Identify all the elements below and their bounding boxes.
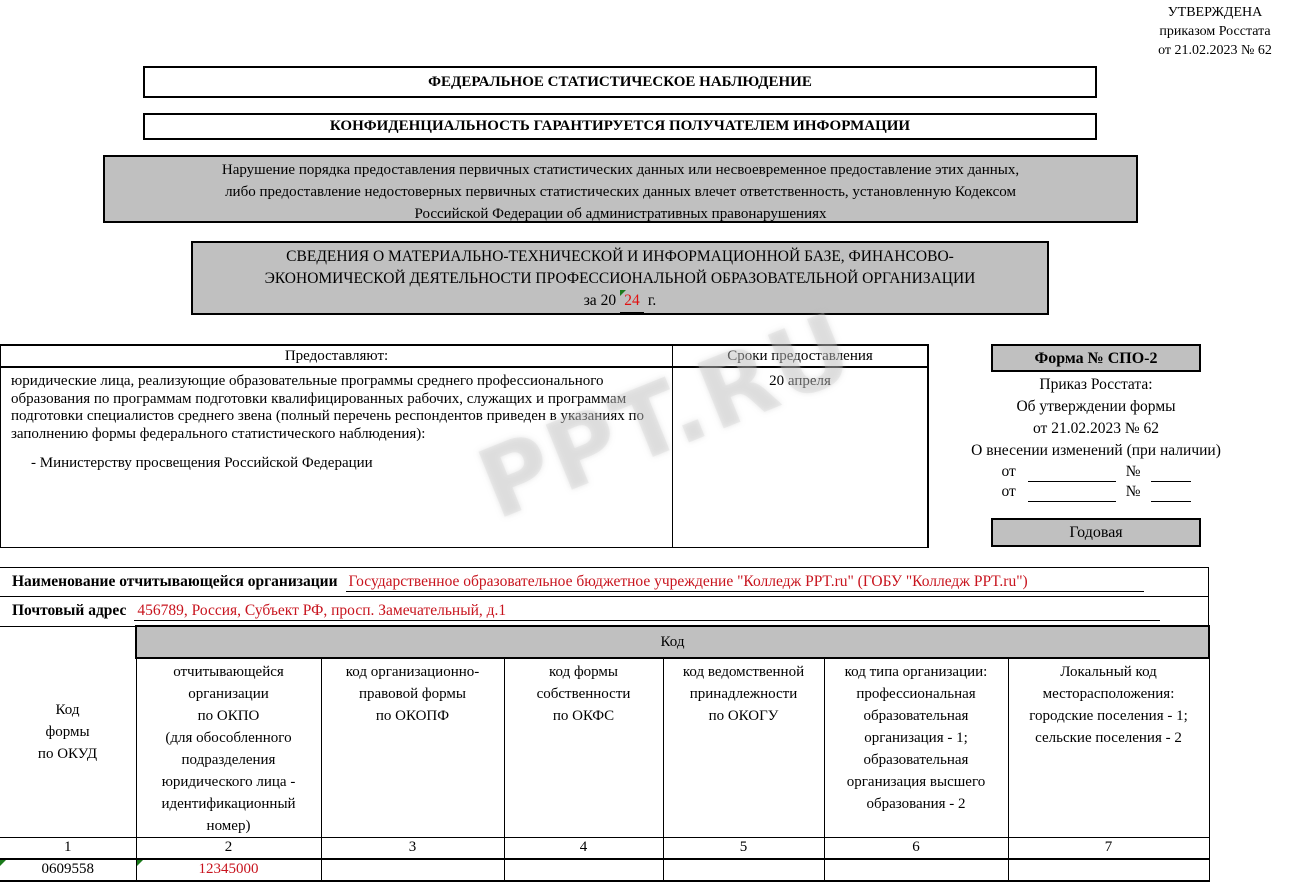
column-number: 6 — [824, 838, 1008, 859]
confidentiality-banner: КОНФИДЕНЦИАЛЬНОСТЬ ГАРАНТИРУЕТСЯ ПОЛУЧАТ… — [143, 113, 1097, 140]
periodicity-box: Годовая — [991, 518, 1201, 547]
deadline-value: 20 апреля — [673, 367, 929, 548]
order-line-2: Об утверждении формы — [960, 396, 1232, 418]
order-line-1: Приказ Росстата: — [960, 374, 1232, 396]
form-title-box: СВЕДЕНИЯ О МАТЕРИАЛЬНО-ТЕХНИЧЕСКОЙ И ИНФ… — [191, 241, 1049, 315]
providers-description: юридические лица, реализующие образовате… — [11, 373, 662, 443]
organization-name-label: Наименование отчитывающейся организации — [12, 573, 338, 591]
legal-warning-box: Нарушение порядка предоставления первичн… — [103, 155, 1138, 223]
code-value-cell[interactable] — [504, 859, 663, 881]
change-number-field[interactable] — [1151, 466, 1191, 482]
cell-marker-icon — [0, 860, 6, 866]
change-number-label: № — [1126, 482, 1141, 502]
postal-address-field[interactable]: 456789, Россия, Субъект РФ, просп. Замеч… — [134, 602, 1160, 621]
change-row-1: от № — [960, 462, 1232, 482]
code-table: Код формы по ОКУД Код отчитывающейся орг… — [0, 625, 1210, 882]
title-line-2: ЭКОНОМИЧЕСКОЙ ДЕЯТЕЛЬНОСТИ ПРОФЕССИОНАЛЬ… — [193, 268, 1047, 290]
organization-block: Наименование отчитывающейся организации … — [0, 567, 1209, 625]
postal-address-row: Почтовый адрес 456789, Россия, Субъект Р… — [0, 596, 1209, 625]
form-number: Форма № СПО-2 — [1034, 350, 1157, 367]
order-info: Приказ Росстата: Об утверждении формы от… — [960, 374, 1232, 502]
code-value-cell[interactable] — [1008, 859, 1209, 881]
column-number: 1 — [0, 838, 136, 859]
code-column-header: Локальный код месторасположения: городск… — [1008, 658, 1209, 838]
approval-line-1: УТВЕРЖДЕНА — [1140, 3, 1289, 22]
postal-address-label: Почтовый адрес — [12, 602, 126, 620]
order-line-3: от 21.02.2023 № 62 — [960, 418, 1232, 440]
providers-cell: юридические лица, реализующие образовате… — [1, 367, 673, 548]
approval-stamp: УТВЕРЖДЕНА приказом Росстата от 21.02.20… — [1140, 3, 1289, 60]
approval-line-3: от 21.02.2023 № 62 — [1140, 41, 1289, 60]
code-value: 12345000 — [199, 861, 259, 877]
code-value: 0609558 — [42, 861, 95, 877]
warning-line-3: Российской Федерации об административных… — [105, 203, 1136, 225]
providers-table: Предоставляют: Сроки предоставления юрид… — [0, 344, 929, 548]
deadline-header: Сроки предоставления — [673, 345, 929, 367]
periodicity-label: Годовая — [1069, 524, 1122, 541]
change-from-label: от — [1001, 482, 1015, 502]
column-number: 4 — [504, 838, 663, 859]
change-date-field[interactable] — [1028, 486, 1116, 502]
change-number-label: № — [1126, 462, 1141, 482]
change-date-field[interactable] — [1028, 466, 1116, 482]
federal-observation-text: ФЕДЕРАЛЬНОЕ СТАТИСТИЧЕСКОЕ НАБЛЮДЕНИЕ — [428, 74, 812, 91]
code-value-cell[interactable] — [824, 859, 1008, 881]
code-column-header: код ведомственной принадлежности по ОКОГ… — [663, 658, 824, 838]
column-number: 5 — [663, 838, 824, 859]
year-suffix: г. — [648, 292, 656, 309]
change-row-2: от № — [960, 482, 1232, 502]
change-number-field[interactable] — [1151, 486, 1191, 502]
confidentiality-text: КОНФИДЕНЦИАЛЬНОСТЬ ГАРАНТИРУЕТСЯ ПОЛУЧАТ… — [330, 118, 910, 135]
cell-marker-icon — [137, 860, 143, 866]
code-value-cell[interactable] — [321, 859, 504, 881]
year-input[interactable]: 24 — [620, 290, 644, 313]
change-from-label: от — [1001, 462, 1015, 482]
warning-line-1: Нарушение порядка предоставления первичн… — [105, 159, 1136, 181]
year-prefix: за 20 — [584, 292, 616, 309]
okud-header: Код формы по ОКУД — [0, 626, 136, 838]
code-column-header: код организационно- правовой формы по ОК… — [321, 658, 504, 838]
code-column-header: код формы собственности по ОКФС — [504, 658, 663, 838]
column-number: 3 — [321, 838, 504, 859]
title-line-1: СВЕДЕНИЯ О МАТЕРИАЛЬНО-ТЕХНИЧЕСКОЙ И ИНФ… — [193, 246, 1047, 268]
providers-header: Предоставляют: — [1, 345, 673, 367]
organization-name-row: Наименование отчитывающейся организации … — [0, 567, 1209, 596]
organization-name-field[interactable]: Государственное образовательное бюджетно… — [346, 573, 1144, 592]
code-value-cell[interactable]: 0609558 — [0, 859, 136, 881]
code-group-header: Код — [136, 626, 1209, 658]
cell-marker-icon — [620, 290, 626, 296]
warning-line-2: либо предоставление недостоверных первич… — [105, 181, 1136, 203]
code-column-header: код типа организации: профессиональная о… — [824, 658, 1008, 838]
column-number: 7 — [1008, 838, 1209, 859]
form-number-box: Форма № СПО-2 — [991, 344, 1201, 372]
approval-line-2: приказом Росстата — [1140, 22, 1289, 41]
code-column-header: отчитывающейся организации по ОКПО (для … — [136, 658, 321, 838]
code-value-cell[interactable] — [663, 859, 824, 881]
changes-label: О внесении изменений (при наличии) — [960, 440, 1232, 462]
title-year-line: за 20 24 г. — [193, 290, 1047, 313]
column-number: 2 — [136, 838, 321, 859]
year-value: 24 — [624, 292, 640, 309]
federal-observation-banner: ФЕДЕРАЛЬНОЕ СТАТИСТИЧЕСКОЕ НАБЛЮДЕНИЕ — [143, 66, 1097, 98]
providers-recipient: - Министерству просвещения Российской Фе… — [11, 455, 662, 473]
code-value-cell[interactable]: 12345000 — [136, 859, 321, 881]
